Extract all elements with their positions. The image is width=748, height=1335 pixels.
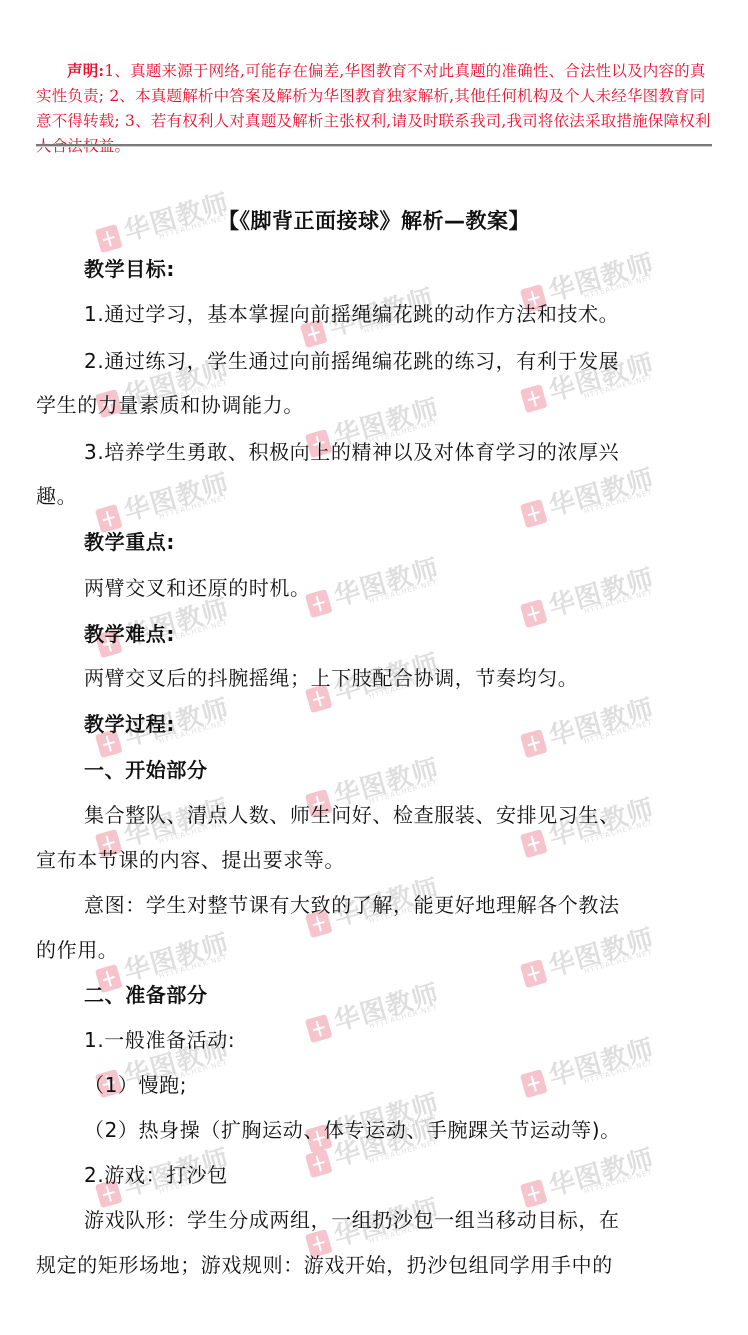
paragraph-line: （1）慢跑;: [84, 1070, 187, 1100]
section-heading: 二、准备部分: [84, 980, 208, 1010]
watermark-subtext: HTTEACHER.NET: [158, 953, 229, 980]
watermark-text: 华图教师: [544, 1028, 658, 1093]
watermark: 华图教师HTTEACHER.NET: [516, 1020, 674, 1109]
watermark-text: 华图教师: [544, 688, 658, 753]
paragraph-line: 意图：学生对整节课有大致的了解，能更好地理解各个教法: [84, 890, 620, 920]
watermark-subtext: HTTEACHER.NET: [583, 588, 654, 615]
huatu-logo-icon: [520, 499, 548, 528]
paragraph-line: 集合整队、清点人数、师生问好、检查服装、安排见习生、: [84, 800, 620, 830]
paragraph-line: 的作用。: [36, 935, 118, 965]
watermark-text: 华图教师: [544, 918, 658, 983]
watermark-subtext: HTTEACHER.NET: [583, 1058, 654, 1085]
document-title: 【《脚背正面接球》解析—教案】: [0, 206, 748, 236]
watermark-subtext: HTTEACHER.NET: [583, 373, 654, 400]
watermark-text: 华图教师: [329, 548, 443, 613]
watermark: 华图教师HTTEACHER.NET: [516, 910, 674, 999]
watermark: 华图教师HTTEACHER.NET: [516, 550, 674, 639]
paragraph-line: 1.一般准备活动:: [84, 1025, 235, 1055]
paragraph-line: 宣布本节课的内容、提出要求等。: [36, 845, 345, 875]
paragraph-line: 规定的矩形场地；游戏规则：游戏开始，扔沙包组同学用手中的: [36, 1250, 613, 1280]
paragraph-line: 趣。: [36, 481, 77, 511]
section-heading: 教学过程:: [84, 709, 175, 739]
watermark: 华图教师HTTEACHER.NET: [516, 680, 674, 769]
huatu-logo-icon: [520, 959, 548, 988]
section-heading: 教学重点:: [84, 527, 175, 557]
huatu-logo-icon: [520, 729, 548, 758]
watermark-subtext: HTTEACHER.NET: [583, 718, 654, 745]
section-heading: 教学难点:: [84, 619, 175, 649]
watermark-text: 华图教师: [544, 558, 658, 623]
huatu-logo-icon: [520, 384, 548, 413]
paragraph-line: （2）热身操（扩胸运动、体专运动、手腕踝关节运动等)。: [84, 1115, 621, 1145]
watermark: 华图教师HTTEACHER.NET: [301, 540, 459, 629]
section-heading: 一、开始部分: [84, 755, 208, 785]
paragraph-line: 3.培养学生勇敢、积极向上的精神以及对体育学习的浓厚兴: [84, 437, 619, 467]
watermark-subtext: HTTEACHER.NET: [158, 493, 229, 520]
watermark-text: 华图教师: [119, 463, 233, 528]
watermark-subtext: HTTEACHER.NET: [583, 488, 654, 515]
paragraph-line: 1.通过学习，基本掌握向前摇绳编花跳的动作方法和技术。: [84, 299, 619, 329]
watermark: 华图教师HTTEACHER.NET: [301, 965, 459, 1054]
watermark-subtext: HTTEACHER.NET: [368, 578, 439, 605]
watermark-subtext: HTTEACHER.NET: [583, 273, 654, 300]
section-heading: 教学目标:: [84, 254, 175, 284]
paragraph-line: 两臂交叉后的抖腕摇绳；上下肢配合协调，节奏均匀。: [84, 663, 578, 693]
paragraph-line: 两臂交叉和还原的时机。: [84, 573, 311, 603]
huatu-logo-icon: [520, 1179, 548, 1208]
watermark-text: 华图教师: [119, 923, 233, 988]
huatu-logo-icon: [520, 1069, 548, 1098]
watermark-subtext: HTTEACHER.NET: [583, 948, 654, 975]
huatu-logo-icon: [520, 829, 548, 858]
watermark: 华图教师HTTEACHER.NET: [301, 1100, 459, 1189]
paragraph-line: 2.通过练习，学生通过向前摇绳编花跳的练习，有利于发展: [84, 346, 619, 376]
watermark-text: 华图教师: [544, 458, 658, 523]
watermark-subtext: HTTEACHER.NET: [368, 1003, 439, 1030]
watermark-text: 华图教师: [329, 973, 443, 1038]
disclaimer-text: 1、真题来源于网络,可能存在偏差,华图教育不对此真题的准确性、合法性以及内容的真…: [36, 62, 711, 155]
paragraph-line: 学生的力量素质和协调能力。: [36, 390, 304, 420]
watermark-subtext: HTTEACHER.NET: [583, 1168, 654, 1195]
paragraph-line: 游戏队形：学生分成两组，一组扔沙包一组当移动目标，在: [84, 1205, 620, 1235]
huatu-logo-icon: [305, 1014, 333, 1043]
disclaimer-label: 声明:: [67, 61, 104, 80]
huatu-logo-icon: [520, 599, 548, 628]
watermark-text: 华图教师: [544, 1138, 658, 1203]
paragraph-line: 2.游戏：打沙包: [84, 1160, 228, 1190]
huatu-logo-icon: [305, 1149, 333, 1178]
header-divider: [36, 144, 712, 147]
